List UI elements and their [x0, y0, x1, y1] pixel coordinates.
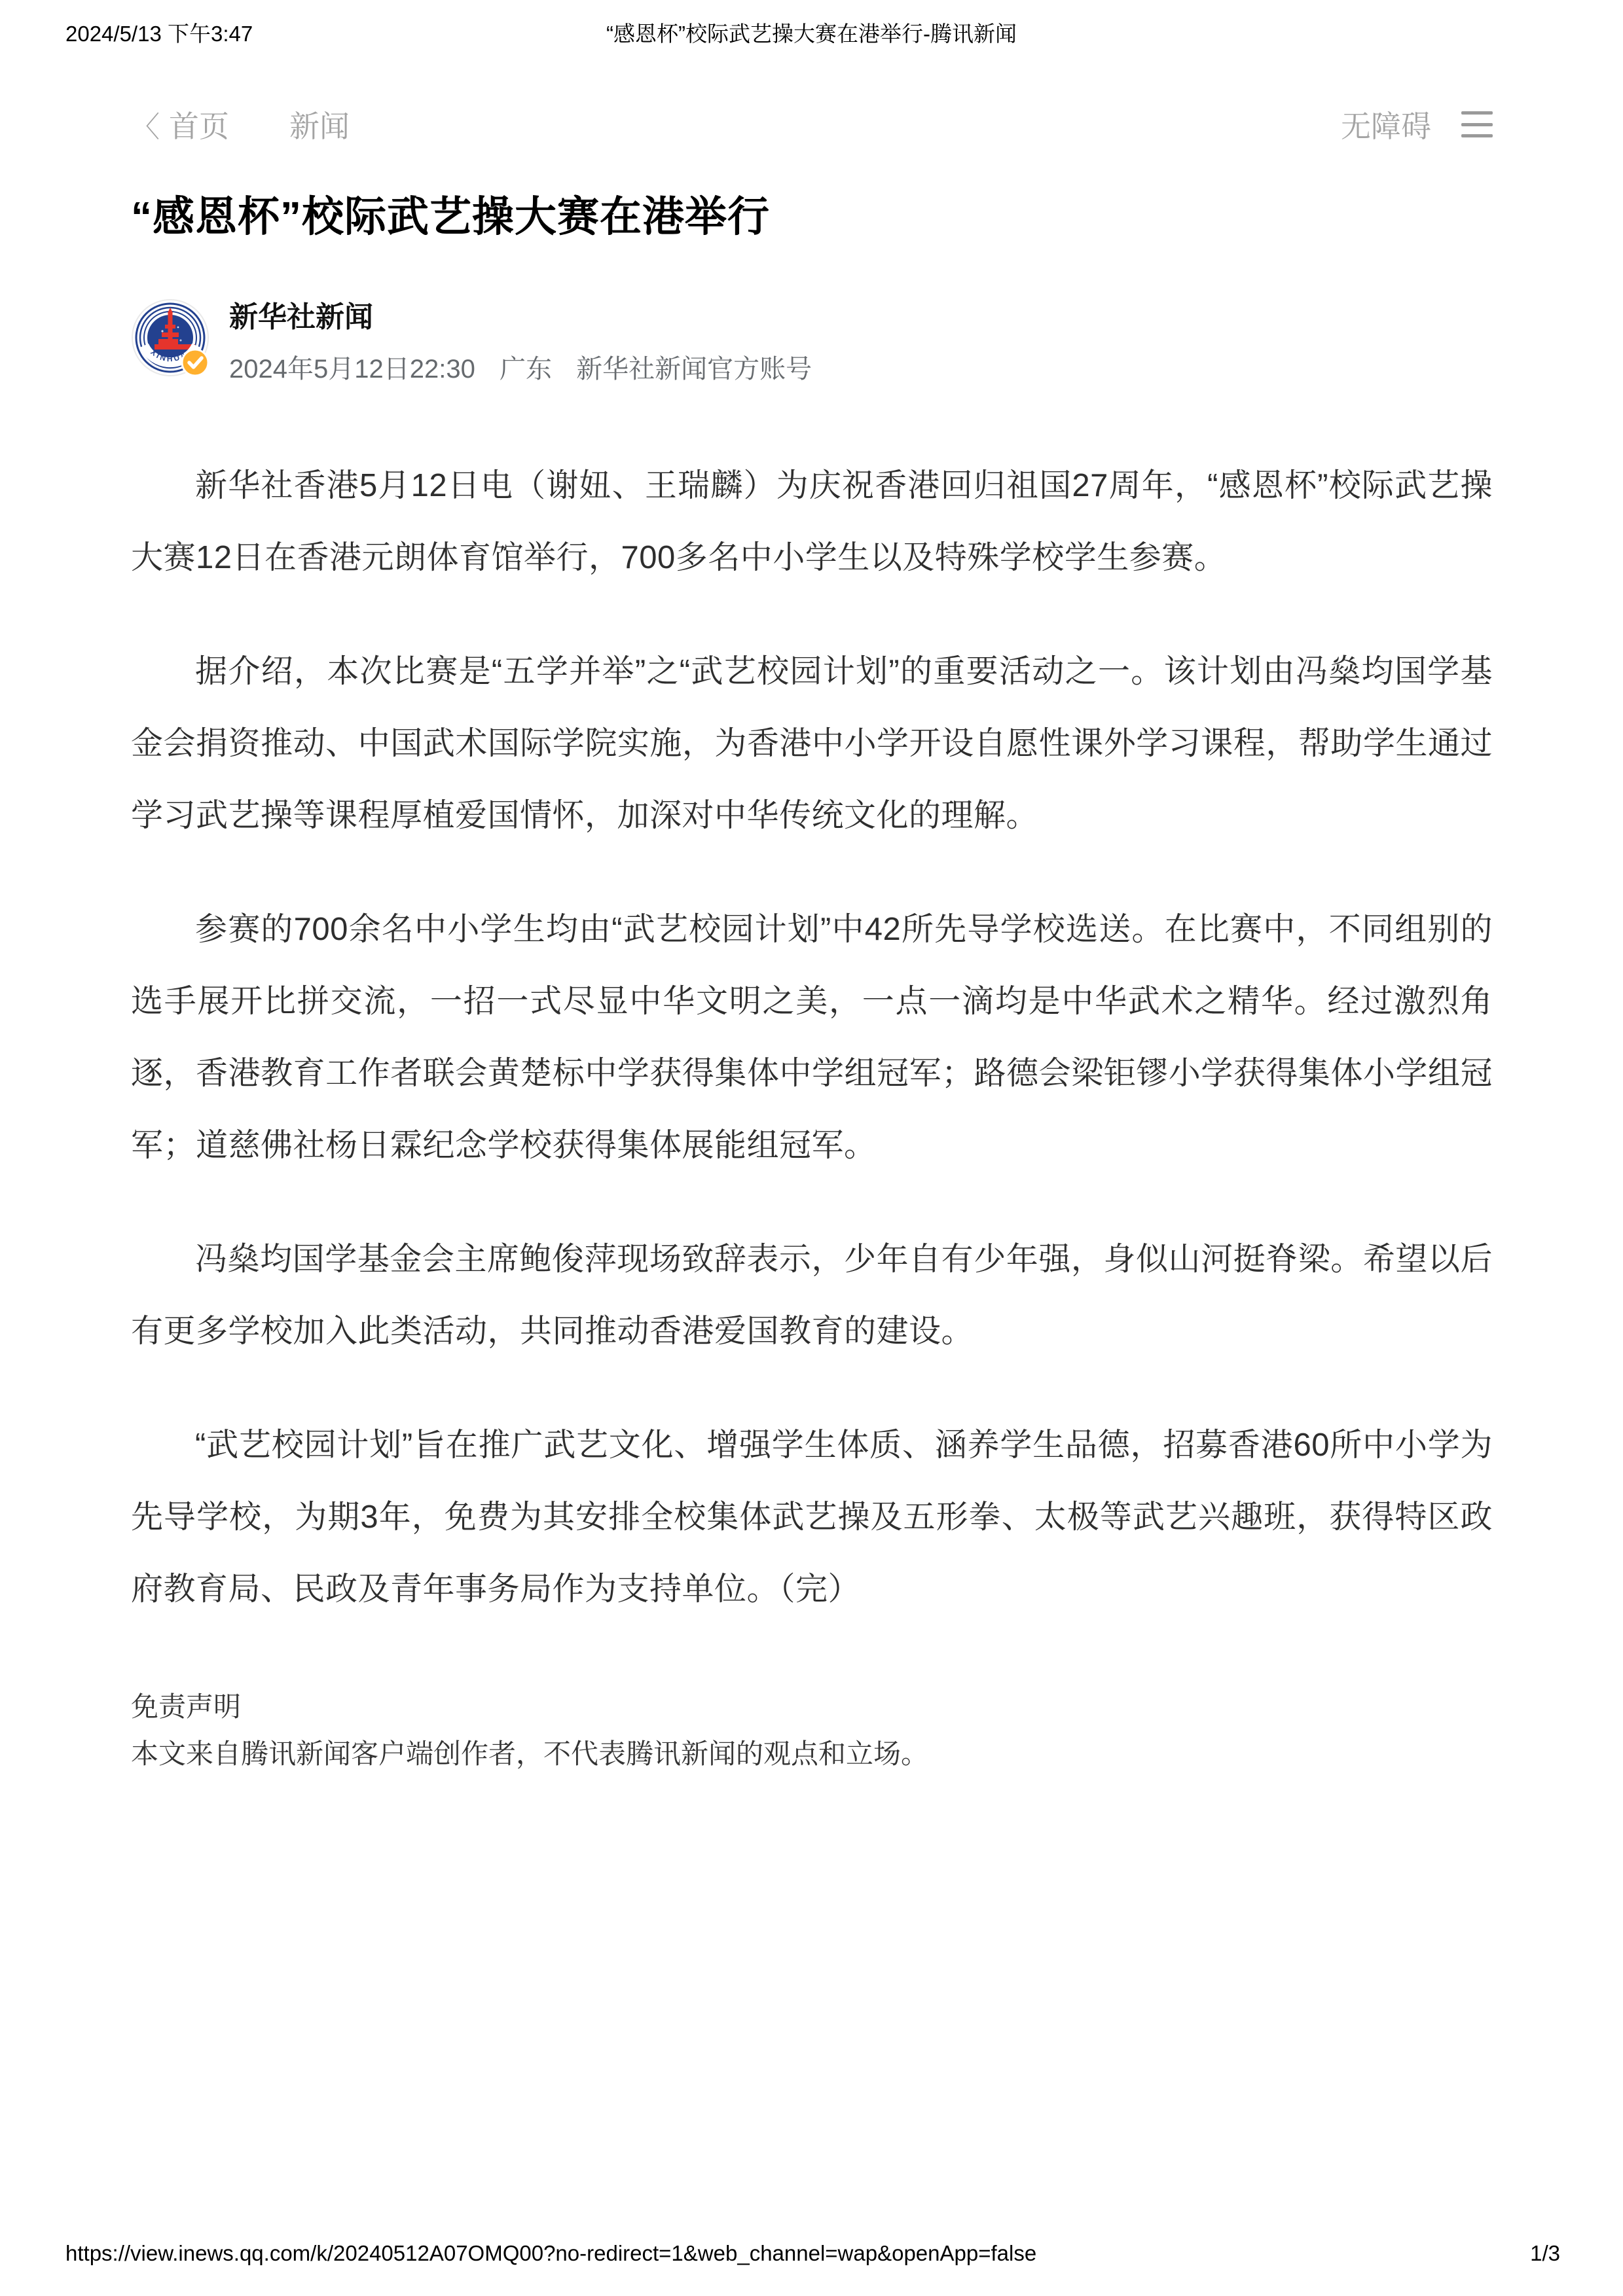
author-name[interactable]: 新华社新闻	[229, 293, 812, 335]
author-meta: 2024年5月12日22:30 广东 新华社新闻官方账号	[229, 348, 812, 386]
xinhua-logo-icon: XINHUA	[131, 298, 212, 380]
disclaimer-block: 免责声明 本文来自腾讯新闻客户端创作者，不代表腾讯新闻的观点和立场。	[131, 1687, 1493, 1774]
disclaimer-text: 本文来自腾讯新闻客户端创作者，不代表腾讯新闻的观点和立场。	[131, 1734, 1493, 1774]
publish-time: 2024年5月12日22:30	[229, 355, 475, 384]
top-nav: 〈 首页 新闻 无障碍	[131, 103, 1493, 145]
article-page-content: 〈 首页 新闻 无障碍 “感恩杯”校际武艺操大赛在港举行	[131, 103, 1493, 1774]
print-page: 2024/5/13 下午3:47 “感恩杯”校际武艺操大赛在港举行-腾讯新闻 〈…	[0, 0, 1623, 2296]
accessibility-button[interactable]: 无障碍	[1341, 103, 1431, 146]
back-chevron-icon[interactable]: 〈	[131, 103, 160, 145]
author-avatar[interactable]: XINHUA	[131, 298, 212, 380]
paragraph: “武艺校园计划”旨在推广武艺文化、增强学生体质、涵养学生品德，招募香港60所中小…	[131, 1409, 1493, 1625]
hamburger-menu-icon[interactable]	[1461, 111, 1493, 137]
author-block: XINHUA 新华社新闻 2024年5月12日22:30 广东 新华社新闻官方账…	[131, 293, 1493, 386]
nav-item-home[interactable]: 首页	[169, 103, 229, 146]
paragraph: 参赛的700余名中小学生均由“武艺校园计划”中42所先导学校选送。在比赛中，不同…	[131, 893, 1493, 1181]
author-info: 新华社新闻 2024年5月12日22:30 广东 新华社新闻官方账号	[229, 293, 812, 386]
nav-item-news[interactable]: 新闻	[289, 103, 350, 146]
print-header: 2024/5/13 下午3:47 “感恩杯”校际武艺操大赛在港举行-腾讯新闻	[65, 17, 1558, 46]
print-page-number: 1/3	[1530, 2241, 1560, 2266]
nav-left-group: 〈 首页 新闻	[131, 103, 350, 146]
nav-right-group: 无障碍	[1341, 103, 1493, 146]
account-label: 新华社新闻官方账号	[576, 355, 812, 384]
print-url: https://view.inews.qq.com/k/20240512A07O…	[65, 2241, 1036, 2266]
paragraph: 新华社香港5月12日电（谢妞、王瑞麟）为庆祝香港回归祖国27周年，“感恩杯”校际…	[131, 450, 1493, 594]
article-body: 新华社香港5月12日电（谢妞、王瑞麟）为庆祝香港回归祖国27周年，“感恩杯”校际…	[131, 450, 1493, 1625]
paragraph: 冯燊均国学基金会主席鲍俊萍现场致辞表示，少年自有少年强，身似山河挺脊梁。希望以后…	[131, 1223, 1493, 1367]
article-title: “感恩杯”校际武艺操大赛在港举行	[131, 194, 1493, 241]
print-footer: https://view.inews.qq.com/k/20240512A07O…	[65, 2241, 1560, 2266]
publish-region: 广东	[500, 355, 552, 384]
verified-badge-icon	[182, 350, 208, 376]
print-doc-title: “感恩杯”校际武艺操大赛在港举行-腾讯新闻	[65, 17, 1558, 48]
paragraph: 据介绍，本次比赛是“五学并举”之“武艺校园计划”的重要活动之一。该计划由冯燊均国…	[131, 636, 1493, 852]
disclaimer-title: 免责声明	[131, 1687, 1493, 1727]
